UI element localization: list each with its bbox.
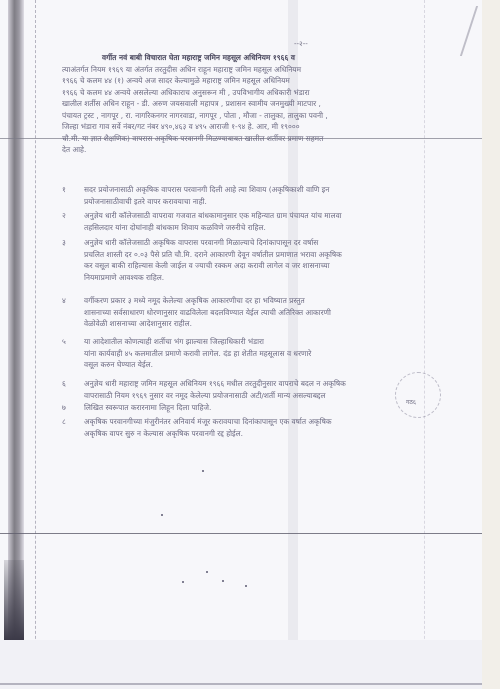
intro-line: १९६६ चे कलम ४४ (१) अन्वये अज सादर केल्या… — [62, 75, 472, 87]
condition-number: २ — [62, 210, 82, 222]
page-bottom-edge — [0, 683, 482, 685]
page-right-margin — [482, 0, 500, 689]
condition-number: १ — [62, 184, 82, 196]
condition-line: नियमाप्रमाणे आवश्यक राहिल. — [84, 272, 464, 284]
intro-line: पंचायत ट्रस्ट , नागपूर , रा. नागरिकनगर न… — [62, 110, 472, 122]
condition-number: ५ — [62, 336, 82, 348]
scan-speck — [206, 571, 208, 573]
condition-line: वसूल करुन घेण्यात येईल. — [84, 359, 464, 371]
condition-line: प्रयोजनासाठीवाची इतरे वापर करावयाचा नाही… — [84, 196, 464, 208]
fold-line-bottom — [0, 533, 482, 534]
scan-speck — [161, 514, 163, 516]
page-bottom-margin — [0, 640, 482, 689]
intro-paragraph: वर्गीत नवं बाबी विचारात घेता महाराष्ट्र … — [62, 52, 472, 156]
condition-line: वेळोवेळी शासनाच्या आदेशानुसार राहील. — [84, 318, 464, 330]
page-number: --२-- — [294, 39, 308, 51]
condition-line: अनुज्ञेय धारी कॉलेजसाठी अकृषिक वापरास पर… — [84, 237, 464, 249]
condition-line: तहसिलदार यांना दोघांनाही बांधकाम शिवाय क… — [84, 222, 464, 234]
condition-number: ४ — [62, 295, 82, 307]
condition-line: सदर प्रयोजनासाठी अकृषिक वापरास परवानगी द… — [84, 184, 464, 196]
scan-speck — [222, 580, 224, 582]
condition-number: ७ — [62, 402, 82, 414]
scan-speck — [245, 585, 247, 587]
margin-line-left — [35, 0, 37, 689]
condition-line: वर्गीकरण प्रकार ३ मध्ये नमूद केलेल्या अक… — [84, 295, 464, 307]
stamp-text: गठ६ — [406, 398, 416, 406]
intro-line: त्याअंतर्गत नियम १९६९ या अंतर्गत तरतुदीस… — [62, 64, 472, 76]
intro-line: १९६६ चे कलम ४४ अन्वये असलेल्या अधिकाराच … — [62, 87, 472, 99]
condition-line: कर वसूल बाकी राहिल्यास केली जाईल व ज्याच… — [84, 260, 464, 272]
scan-speck — [202, 470, 204, 472]
condition-number: ८ — [62, 416, 82, 428]
intro-line: देत आहे. — [62, 144, 472, 156]
intro-line: खालील शर्तीस अधिन राहून - डी. अरुण जयसवा… — [62, 98, 472, 110]
scan-speck — [182, 581, 184, 583]
intro-line: चौ.मी. या ज्ञात शैक्षणिक) वापरास अकृषिक … — [62, 133, 472, 145]
condition-number: ३ — [62, 237, 82, 249]
condition-line: अकृषिक वापर सुरु न केल्यास अकृषिक परवानग… — [84, 428, 464, 440]
scan-edge-shadow — [8, 0, 24, 640]
official-stamp — [395, 372, 441, 418]
scan-corner-shadow — [4, 560, 24, 640]
condition-line: यांना कार्यवाही ४५ कलमातील प्रमाणे करावी… — [84, 348, 464, 360]
condition-line: प्रचलित शास्ती दर ०.०३ पैसे प्रति चौ.मि.… — [84, 249, 464, 261]
condition-line: या आदेशातील कोणत्याही शर्तीचा भंग झाल्या… — [84, 336, 464, 348]
condition-number: ६ — [62, 378, 82, 390]
condition-line: अकृषिक परवानगीच्या मंजुरीनंतर अनिवार्य म… — [84, 416, 464, 428]
condition-line: शासनाच्या सर्वसाधारण धोरणानुसार वाढविलेल… — [84, 307, 464, 319]
intro-line: जिल्हा भंडारा गाव सर्वे नंबर/गट नंबर ४९०… — [62, 121, 472, 133]
condition-line: अनुज्ञेय धारी कॉलेजसाठी वापरावा गजवात बा… — [84, 210, 464, 222]
intro-line: वर्गीत नवं बाबी विचारात घेता महाराष्ट्र … — [62, 52, 472, 64]
